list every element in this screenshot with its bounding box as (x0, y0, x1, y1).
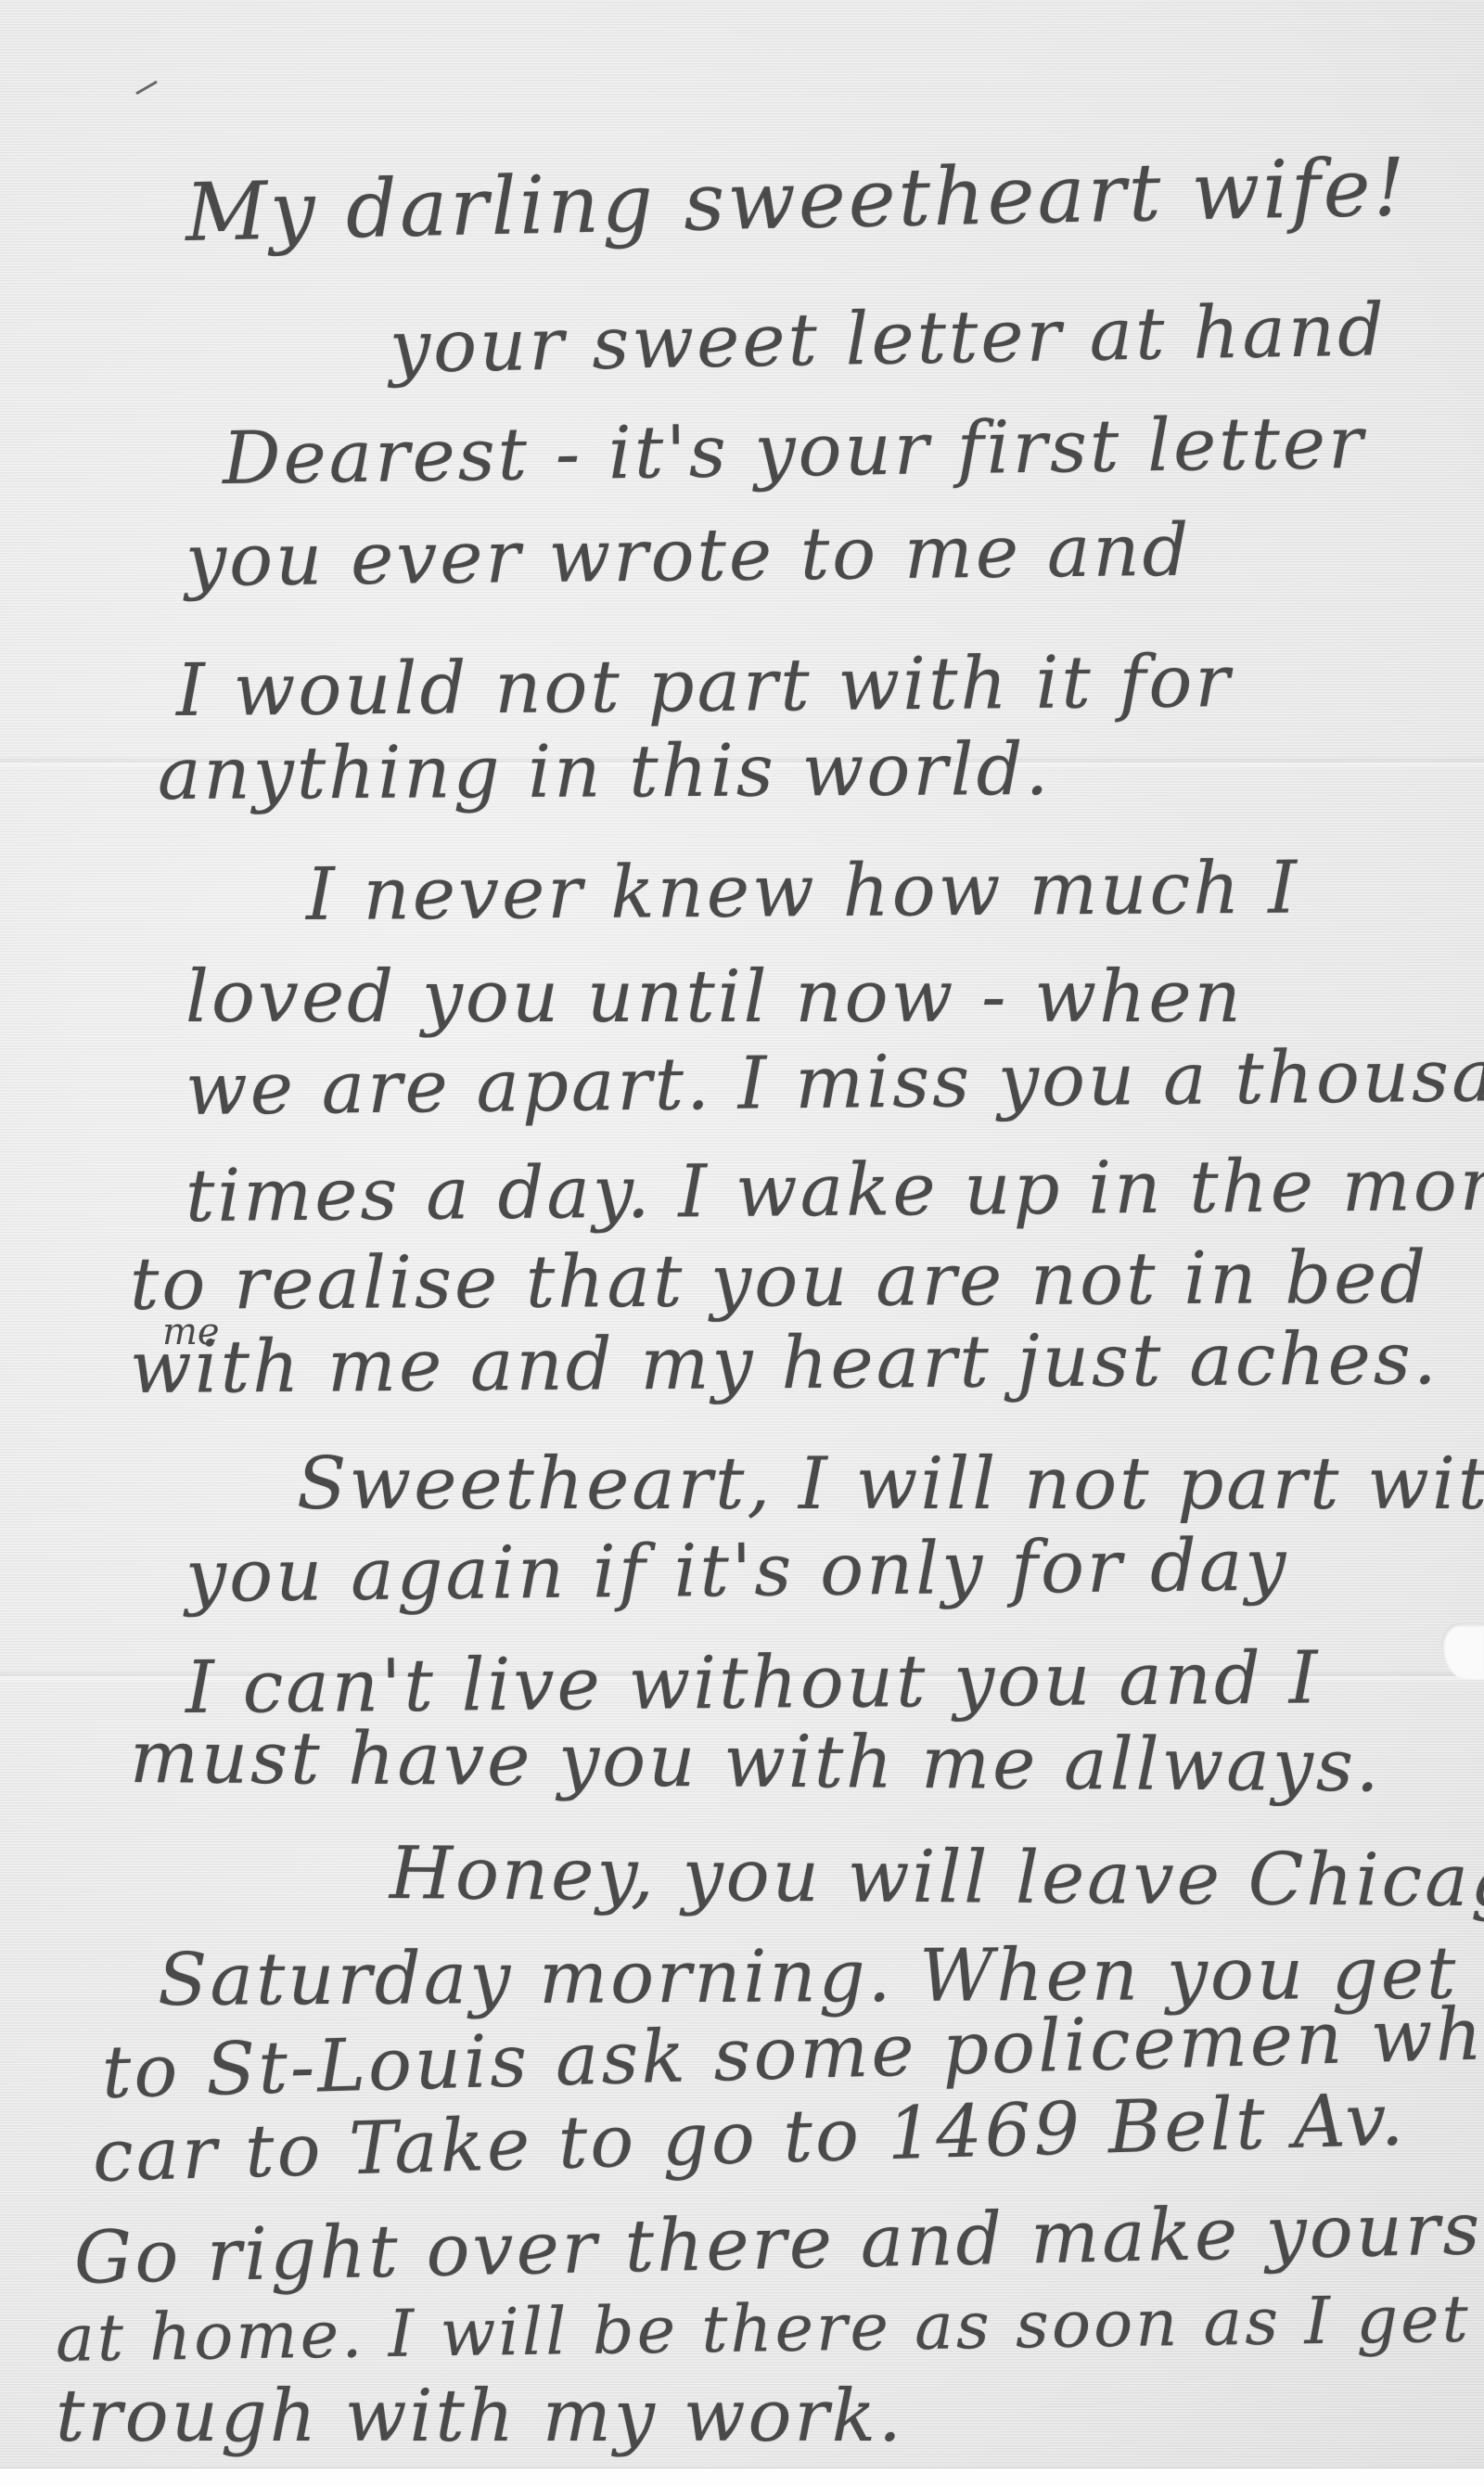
letter-line: to realise that you are not in bed (130, 1237, 1429, 1326)
letter-line: loved you until now - when (185, 955, 1244, 1039)
letter-line: Sweetheart, I will not part with (297, 1442, 1484, 1526)
letter-line: trough with my work. (56, 2375, 904, 2458)
letter-line: I would not part with it for (176, 640, 1233, 733)
letter-line: Honey, you will leave Chicago (390, 1832, 1484, 1924)
letter-line: you again if it's only for day (185, 1524, 1289, 1619)
letter-line: we are apart. I miss you a thousand (185, 1033, 1484, 1132)
page-bottom-edge (0, 2467, 1484, 2486)
letter-line: times a day. I wake up in the morning (185, 1142, 1484, 1238)
letter-line: I can't live without you and I (185, 1636, 1321, 1730)
letter-line: you ever wrote to me and (185, 509, 1192, 603)
letter-line: I never knew how much I (306, 847, 1300, 937)
interlinear-insert: me (162, 1311, 220, 1353)
letter-line: must have you with me allways. (130, 1716, 1382, 1808)
letter-line: with me and my heart just aches. (130, 1317, 1439, 1410)
letter-line: your sweet letter at hand (389, 288, 1388, 390)
stray-pencil-mark (135, 81, 158, 96)
salutation: My darling sweetheart wife! (185, 141, 1409, 260)
letter-page: My darling sweetheart wife! your sweet l… (0, 0, 1484, 2467)
letter-line: Dearest - it's your first letter (222, 402, 1366, 501)
letter-line: anything in this world. (158, 728, 1052, 816)
